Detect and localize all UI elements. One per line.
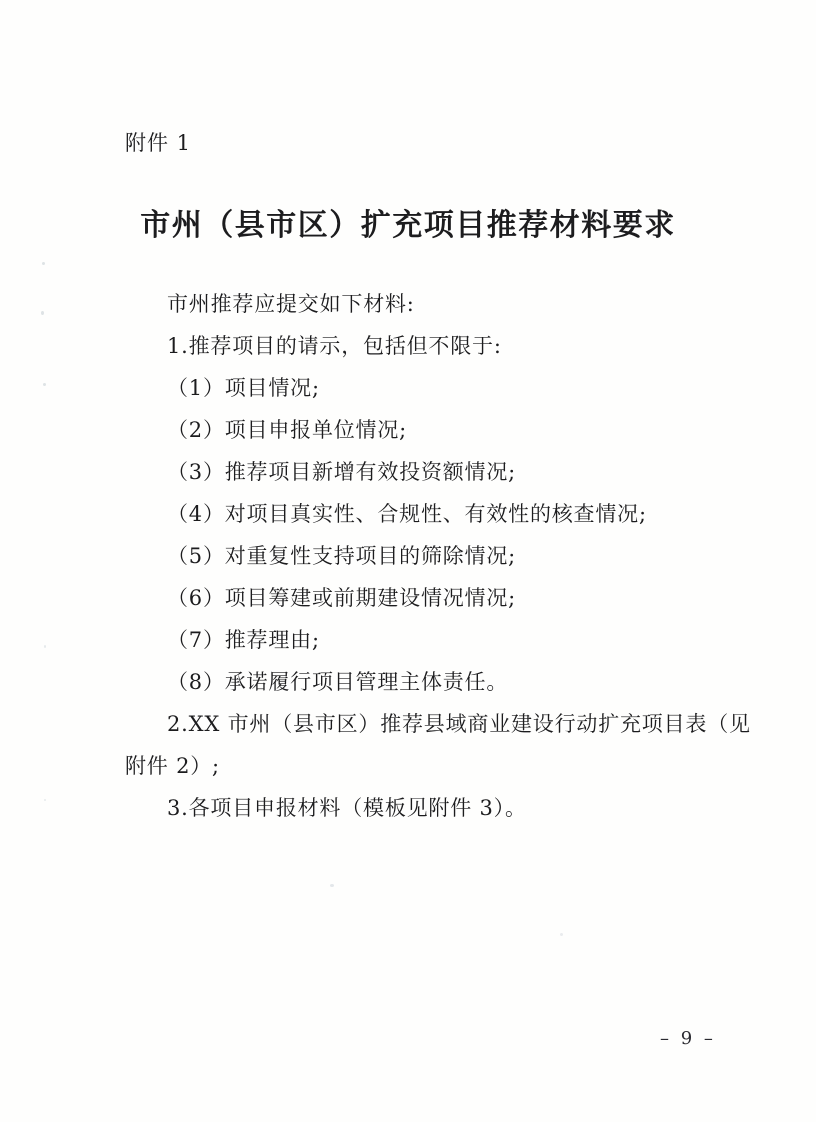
page-number: – 9 – bbox=[660, 1028, 716, 1049]
document-title: 市州（县市区）扩充项目推荐材料要求 bbox=[0, 200, 816, 244]
body-line: 2.XX 市州（县市区）推荐县域商业建设行动扩充项目表（见 bbox=[125, 703, 705, 745]
body-line: （2）项目申报单位情况; bbox=[125, 409, 705, 451]
body-line: 1.推荐项目的请示，包括但不限于: bbox=[125, 325, 705, 367]
body-line: （8）承诺履行项目管理主体责任。 bbox=[125, 661, 705, 703]
body-line: 市州推荐应提交如下材料: bbox=[125, 283, 705, 325]
document-body: 市州推荐应提交如下材料:1.推荐项目的请示，包括但不限于:（1）项目情况;（2）… bbox=[125, 283, 705, 829]
body-line: （4）对项目真实性、合规性、有效性的核查情况; bbox=[125, 493, 705, 535]
body-line: （3）推荐项目新增有效投资额情况; bbox=[125, 451, 705, 493]
attachment-label: 附件 1 bbox=[125, 130, 191, 156]
scan-speck bbox=[44, 799, 46, 801]
body-line: （1）项目情况; bbox=[125, 367, 705, 409]
body-line: 3.各项目申报材料（模板见附件 3）。 bbox=[125, 787, 705, 829]
scan-speck bbox=[41, 311, 44, 315]
scan-speck bbox=[330, 884, 334, 887]
scan-speck bbox=[42, 262, 45, 265]
body-line: （7）推荐理由; bbox=[125, 619, 705, 661]
scan-speck bbox=[560, 933, 563, 936]
scan-speck bbox=[43, 383, 46, 386]
document-page: 附件 1 市州（县市区）扩充项目推荐材料要求 市州推荐应提交如下材料:1.推荐项… bbox=[0, 0, 816, 1122]
body-line: （6）项目筹建或前期建设情况情况; bbox=[125, 577, 705, 619]
body-line: 附件 2）; bbox=[125, 745, 705, 787]
scan-speck bbox=[44, 645, 46, 648]
body-line: （5）对重复性支持项目的筛除情况; bbox=[125, 535, 705, 577]
